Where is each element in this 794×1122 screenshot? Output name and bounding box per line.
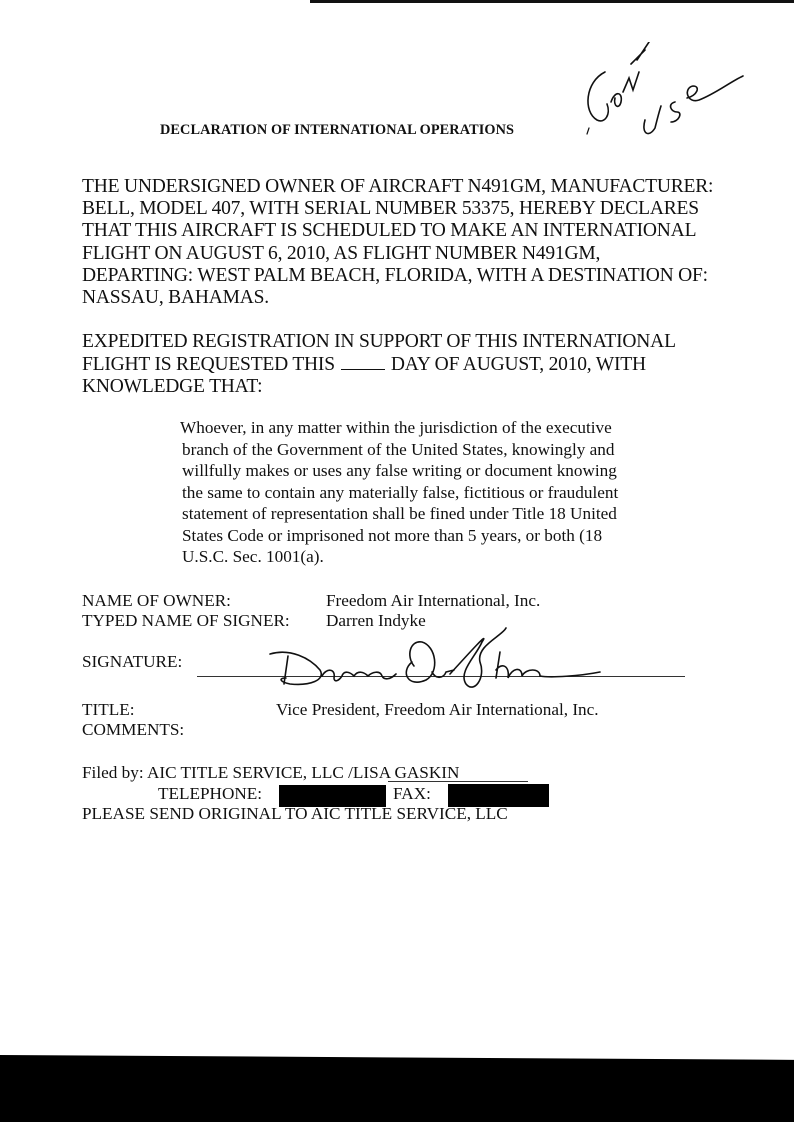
request-paragraph: EXPEDITED REGISTRATION IN SUPPORT OF THI… — [82, 331, 676, 399]
title-label: TITLE: — [82, 700, 135, 720]
filed-by-line: Filed by: AIC TITLE SERVICE, LLC /LISA G… — [82, 763, 459, 783]
scan-bottom-edge — [0, 1055, 794, 1122]
warning-line: statement of representation shall be fin… — [182, 503, 618, 525]
owner-value: Freedom Air International, Inc. — [326, 591, 540, 611]
declaration-line: BELL, MODEL 407, WITH SERIAL NUMBER 5337… — [82, 198, 713, 220]
document-heading: DECLARATION OF INTERNATIONAL OPERATIONS — [160, 122, 514, 139]
fax-label: FAX: — [393, 784, 431, 804]
warning-line: branch of the Government of the United S… — [182, 439, 618, 461]
day-blank-field[interactable] — [341, 353, 385, 370]
send-original-line: PLEASE SEND ORIGINAL TO AIC TITLE SERVIC… — [82, 804, 508, 824]
warning-line: Whoever, in any matter within the jurisd… — [180, 417, 618, 439]
telephone-label: TELEPHONE: — [158, 784, 262, 804]
legal-warning-block: Whoever, in any matter within the jurisd… — [182, 417, 618, 568]
request-line-day: FLIGHT IS REQUESTED THISDAY OF AUGUST, 2… — [82, 353, 676, 376]
warning-line: States Code or imprisoned not more than … — [182, 525, 618, 547]
declaration-line: THE UNDERSIGNED OWNER OF AIRCRAFT N491GM… — [82, 176, 713, 198]
handwritten-signature — [250, 622, 610, 692]
scan-top-edge — [310, 0, 794, 3]
signature-label: SIGNATURE: — [82, 652, 182, 672]
filed-by-underline — [388, 781, 528, 782]
warning-line: the same to contain any materially false… — [182, 482, 618, 504]
request-line: EXPEDITED REGISTRATION IN SUPPORT OF THI… — [82, 331, 676, 353]
warning-line: willfully makes or uses any false writin… — [182, 460, 618, 482]
handwritten-note-dont-use — [575, 42, 745, 157]
declaration-line: NASSAU, BAHAMAS. — [82, 287, 713, 309]
warning-line: U.S.C. Sec. 1001(a). — [182, 546, 618, 568]
request-text-before: FLIGHT IS REQUESTED THIS — [82, 354, 335, 375]
comments-label: COMMENTS: — [82, 720, 184, 740]
declaration-line: FLIGHT ON AUGUST 6, 2010, AS FLIGHT NUMB… — [82, 243, 713, 265]
declaration-line: THAT THIS AIRCRAFT IS SCHEDULED TO MAKE … — [82, 220, 713, 242]
title-value: Vice President, Freedom Air Internationa… — [276, 700, 599, 720]
owner-label: NAME OF OWNER: — [82, 591, 231, 611]
declaration-paragraph: THE UNDERSIGNED OWNER OF AIRCRAFT N491GM… — [82, 176, 713, 309]
declaration-line: DEPARTING: WEST PALM BEACH, FLORIDA, WIT… — [82, 265, 713, 287]
request-line: KNOWLEDGE THAT: — [82, 376, 676, 398]
request-text-after: DAY OF AUGUST, 2010, WITH — [391, 354, 646, 375]
